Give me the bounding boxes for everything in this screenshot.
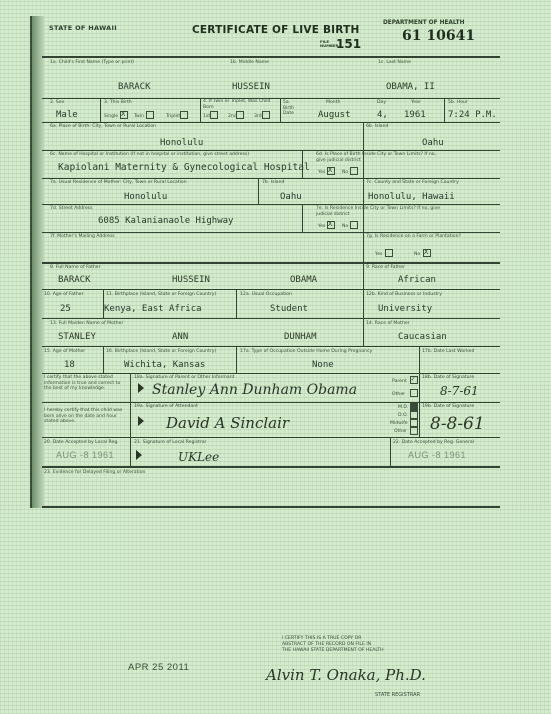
father-occupation: Student [270,304,308,314]
file-number-label: FILE NUMBER [320,40,336,48]
mother-last-name: DUNHAM [284,332,317,342]
local-reg-date-stamp: AUG -8 1961 [56,450,114,460]
father-birthplace: Kenya, East Africa [104,304,202,314]
local-reg-signature-label: 21. Signature of Local Registrar [134,440,206,445]
mailing-address-label: 7f. Mother's Mailing Address [50,234,115,239]
v-street [302,204,303,232]
birth-day: 4, [377,110,388,120]
v-cert-left [130,373,131,466]
v-race-mother [363,318,364,346]
twin-order-label: 4. If Twin or Triplet, Was Child Born [203,99,273,110]
birth-date-label: 5a. Birth Date [283,100,297,117]
informant-signature-label: 18a. Signature of Parent or Other Inform… [134,375,234,380]
triplet-checkbox [180,111,188,119]
father-race-label: 9. Race of Father [366,265,405,270]
residence-inside-yes-checkbox: X [327,221,335,229]
local-reg-arrow-icon [136,450,142,460]
month-label: Month [326,100,340,105]
rule-row9 [42,289,500,290]
certificate-title: CERTIFICATE OF LIVE BIRTH [192,24,359,36]
child-first-name: BARACK [118,82,151,92]
do-checkbox [410,411,418,419]
mother-occupation-label: 17a. Type of Occupation Outside Home Dur… [240,349,372,354]
third-born-checkbox [262,111,270,119]
midwife-checkbox [410,419,418,427]
mother-name-label: 13. Full Maiden Name of Mother [50,321,123,326]
informant-signature: Stanley Ann Dunham Obama [152,382,357,398]
attendant-arrow-icon [138,416,144,426]
birth-city: Honolulu [160,138,203,148]
birth-inside-city-label: 6d. Is Place of Birth Inside City or Tow… [316,152,446,163]
v-occ-mother [236,346,237,373]
attendant-signature: David A Sinclair [166,414,289,432]
third-born-label: 3rd [254,114,262,119]
rule-row8 [42,262,500,264]
residence-inside-yes-label: Yes [318,224,325,229]
farm-label: 7g. Is Residence on a Farm or Plantation… [366,234,461,239]
rule-row13 [42,402,500,403]
child-last-name: OBAMA, II [386,82,435,92]
birth-island: Oahu [422,138,444,148]
residence-inside-city-label: 7e. Is Residence Inside City or Town Lim… [316,206,446,217]
v-date [280,98,281,122]
registrar-signature: Alvin T. Onaka, Ph.D. [266,666,426,684]
issue-date: APR 25 2011 [128,662,189,673]
birth-inside-yes-checkbox: X [327,167,335,175]
attendant-certification-text: I hereby certify that this child was bor… [44,408,126,425]
birth-island-label: 6b. Island [366,124,388,129]
birth-inside-no-label: No [342,170,348,175]
v-lastworked [419,346,420,373]
mother-last-worked-label: 17b. Date Last Worked [422,349,474,354]
rule-row14 [42,437,500,438]
mother-race: Caucasian [398,332,447,342]
attendant-date-label: 19b. Date of Signature [422,404,474,409]
state-label: STATE OF HAWAII [49,24,117,32]
father-middle-name: HUSSEIN [172,275,210,285]
attendant-other-label: Other [394,429,407,434]
rule-top [42,56,500,58]
attendant-signature-label: 19a. Signature of Attendant [134,404,198,409]
v-twin [200,98,201,122]
v-island6 [363,122,364,178]
birth-inside-yes-label: Yes [318,170,325,175]
informant-date: 8-7-61 [440,384,479,398]
father-industry-label: 12b. Kind of Business or Industry [366,292,442,297]
v-hospital [302,150,303,178]
evidence-label: 23. Evidence for Delayed Filing or Alter… [44,470,145,475]
attendant-other-checkbox [410,427,418,435]
birth-hour: 7:24 P.M. [448,110,497,120]
parent-label: Parent [392,379,407,384]
reg-general-date-label: 22. Date Accepted by Reg. General [393,440,474,445]
single-label: Single [104,114,118,119]
father-last-name: OBAMA [290,275,317,285]
child-middle-name-label: 1b. Middle Name [230,60,269,65]
father-age: 25 [60,304,71,314]
v-age-mother [103,346,104,373]
rule-row5 [42,178,500,179]
father-industry: University [378,304,432,314]
v-ind-father [363,289,364,318]
farm-yes-checkbox [385,249,393,257]
street-address-label: 7d. Street Address [50,206,92,211]
md-label: M.D. [398,405,408,410]
birth-inside-no-checkbox [350,167,358,175]
file-number: 151 [336,37,361,51]
this-birth-label: 3. This Birth [104,100,132,105]
registrar-title: STATE REGISTRAR [375,692,420,698]
first-born-checkbox [210,111,218,119]
residence-island: Oahu [280,192,302,202]
mother-middle-name: ANN [172,332,188,342]
rule-bottom [42,506,500,508]
farm-yes-label: Yes [375,252,382,257]
do-label: D.O. [398,413,408,418]
residence-inside-no-checkbox [350,221,358,229]
v-occ-father [236,289,237,318]
v-reg-general [390,437,391,466]
local-reg-signature: UKLee [178,450,219,464]
sex-value: Male [56,110,78,120]
rule-row12 [42,373,500,374]
father-race: African [398,275,436,285]
year-label: Year [411,100,421,105]
single-checkbox: X [120,111,128,119]
attendant-date: 8-8-61 [430,414,485,434]
other-informant-label: Other [392,392,405,397]
birth-year: 1961 [404,110,426,120]
father-birthplace-label: 11. Birthplace (Island, State or Foreign… [106,292,216,297]
twin-checkbox [146,111,154,119]
department-label: DEPARTMENT OF HEALTH [383,20,464,26]
sex-label: 2. Sex [50,100,64,105]
street-address: 6085 Kalanianaole Highway [98,216,233,226]
day-label: Day [377,100,386,105]
farm-no-checkbox: X [423,249,431,257]
informant-date-label: 18b. Date of Signature [422,375,474,380]
hospital-name: Kapiolani Maternity & Gynecological Hosp… [58,162,310,173]
twin-label: Twin [134,114,144,119]
father-occupation-label: 12a. Usual Occupation [240,292,292,297]
residence-county-label: 7c. County and State or Foreign Country [366,180,459,185]
rule-row3 [42,122,500,123]
mother-age: 18 [64,360,75,370]
father-first-name: BARACK [58,275,91,285]
residence-inside-no-label: No [342,224,348,229]
md-checkbox [410,403,418,411]
v-county7 [363,178,364,262]
residence-island-label: 7b. Island [262,180,284,185]
v-sex [100,98,101,122]
birth-month: August [318,110,351,120]
certification-statement: I CERTIFY THIS IS A TRUE COPY OR ABSTRAC… [282,636,384,654]
v-island7 [258,178,259,204]
father-name-label: 8. Full Name of Father [50,265,101,270]
mother-first-name: STANLEY [58,332,96,342]
child-last-name-label: 1c. Last Name [378,60,411,65]
mother-occupation: None [312,360,334,370]
midwife-label: Midwife [390,421,408,426]
rule-row11 [42,346,500,347]
farm-no-label: No [414,252,420,257]
child-first-name-label: 1a. Child's First Name (Type or print) [50,60,134,65]
second-born-checkbox [236,111,244,119]
residence-city: Honolulu [124,192,167,202]
mother-age-label: 15. Age of Mother [44,349,85,354]
hour-label: 5b. Hour [448,100,468,105]
rule-row6 [42,204,500,205]
residence-city-label: 7a. Usual Residence of Mother: City, Tow… [50,180,187,185]
rule-row7 [42,232,500,233]
parent-checkbox: ✓ [410,376,418,384]
birth-city-label: 6a. Place of Birth: City, Town or Rural … [50,124,156,129]
v-race-father [363,262,364,289]
mother-birthplace-label: 16. Birthplace (Island, State or Foreign… [106,349,216,354]
rule-row4 [42,150,500,151]
child-middle-name: HUSSEIN [232,82,270,92]
residence-county: Honolulu, Hawaii [368,192,455,202]
mother-birthplace: Wichita, Kansas [124,360,205,370]
certificate-number: 61 10641 [402,28,475,44]
informant-certification-text: I certify that the above stated informat… [44,375,126,392]
v-cert-right [419,373,420,437]
father-age-label: 10. Age of Father [44,292,83,297]
hospital-label: 6c. Name of Hospital or Institution (If … [50,152,249,157]
reg-general-date-stamp: AUG -8 1961 [408,450,466,460]
informant-arrow-icon [138,383,144,393]
rule-row10 [42,318,500,319]
v-hour [444,98,445,122]
other-informant-checkbox [410,389,418,397]
mother-race-label: 14. Race of Mother [366,321,410,326]
local-reg-date-label: 20. Date Accepted by Local Reg. [44,440,119,445]
rule-row15 [42,466,500,468]
triplet-label: Triplet [166,114,180,119]
